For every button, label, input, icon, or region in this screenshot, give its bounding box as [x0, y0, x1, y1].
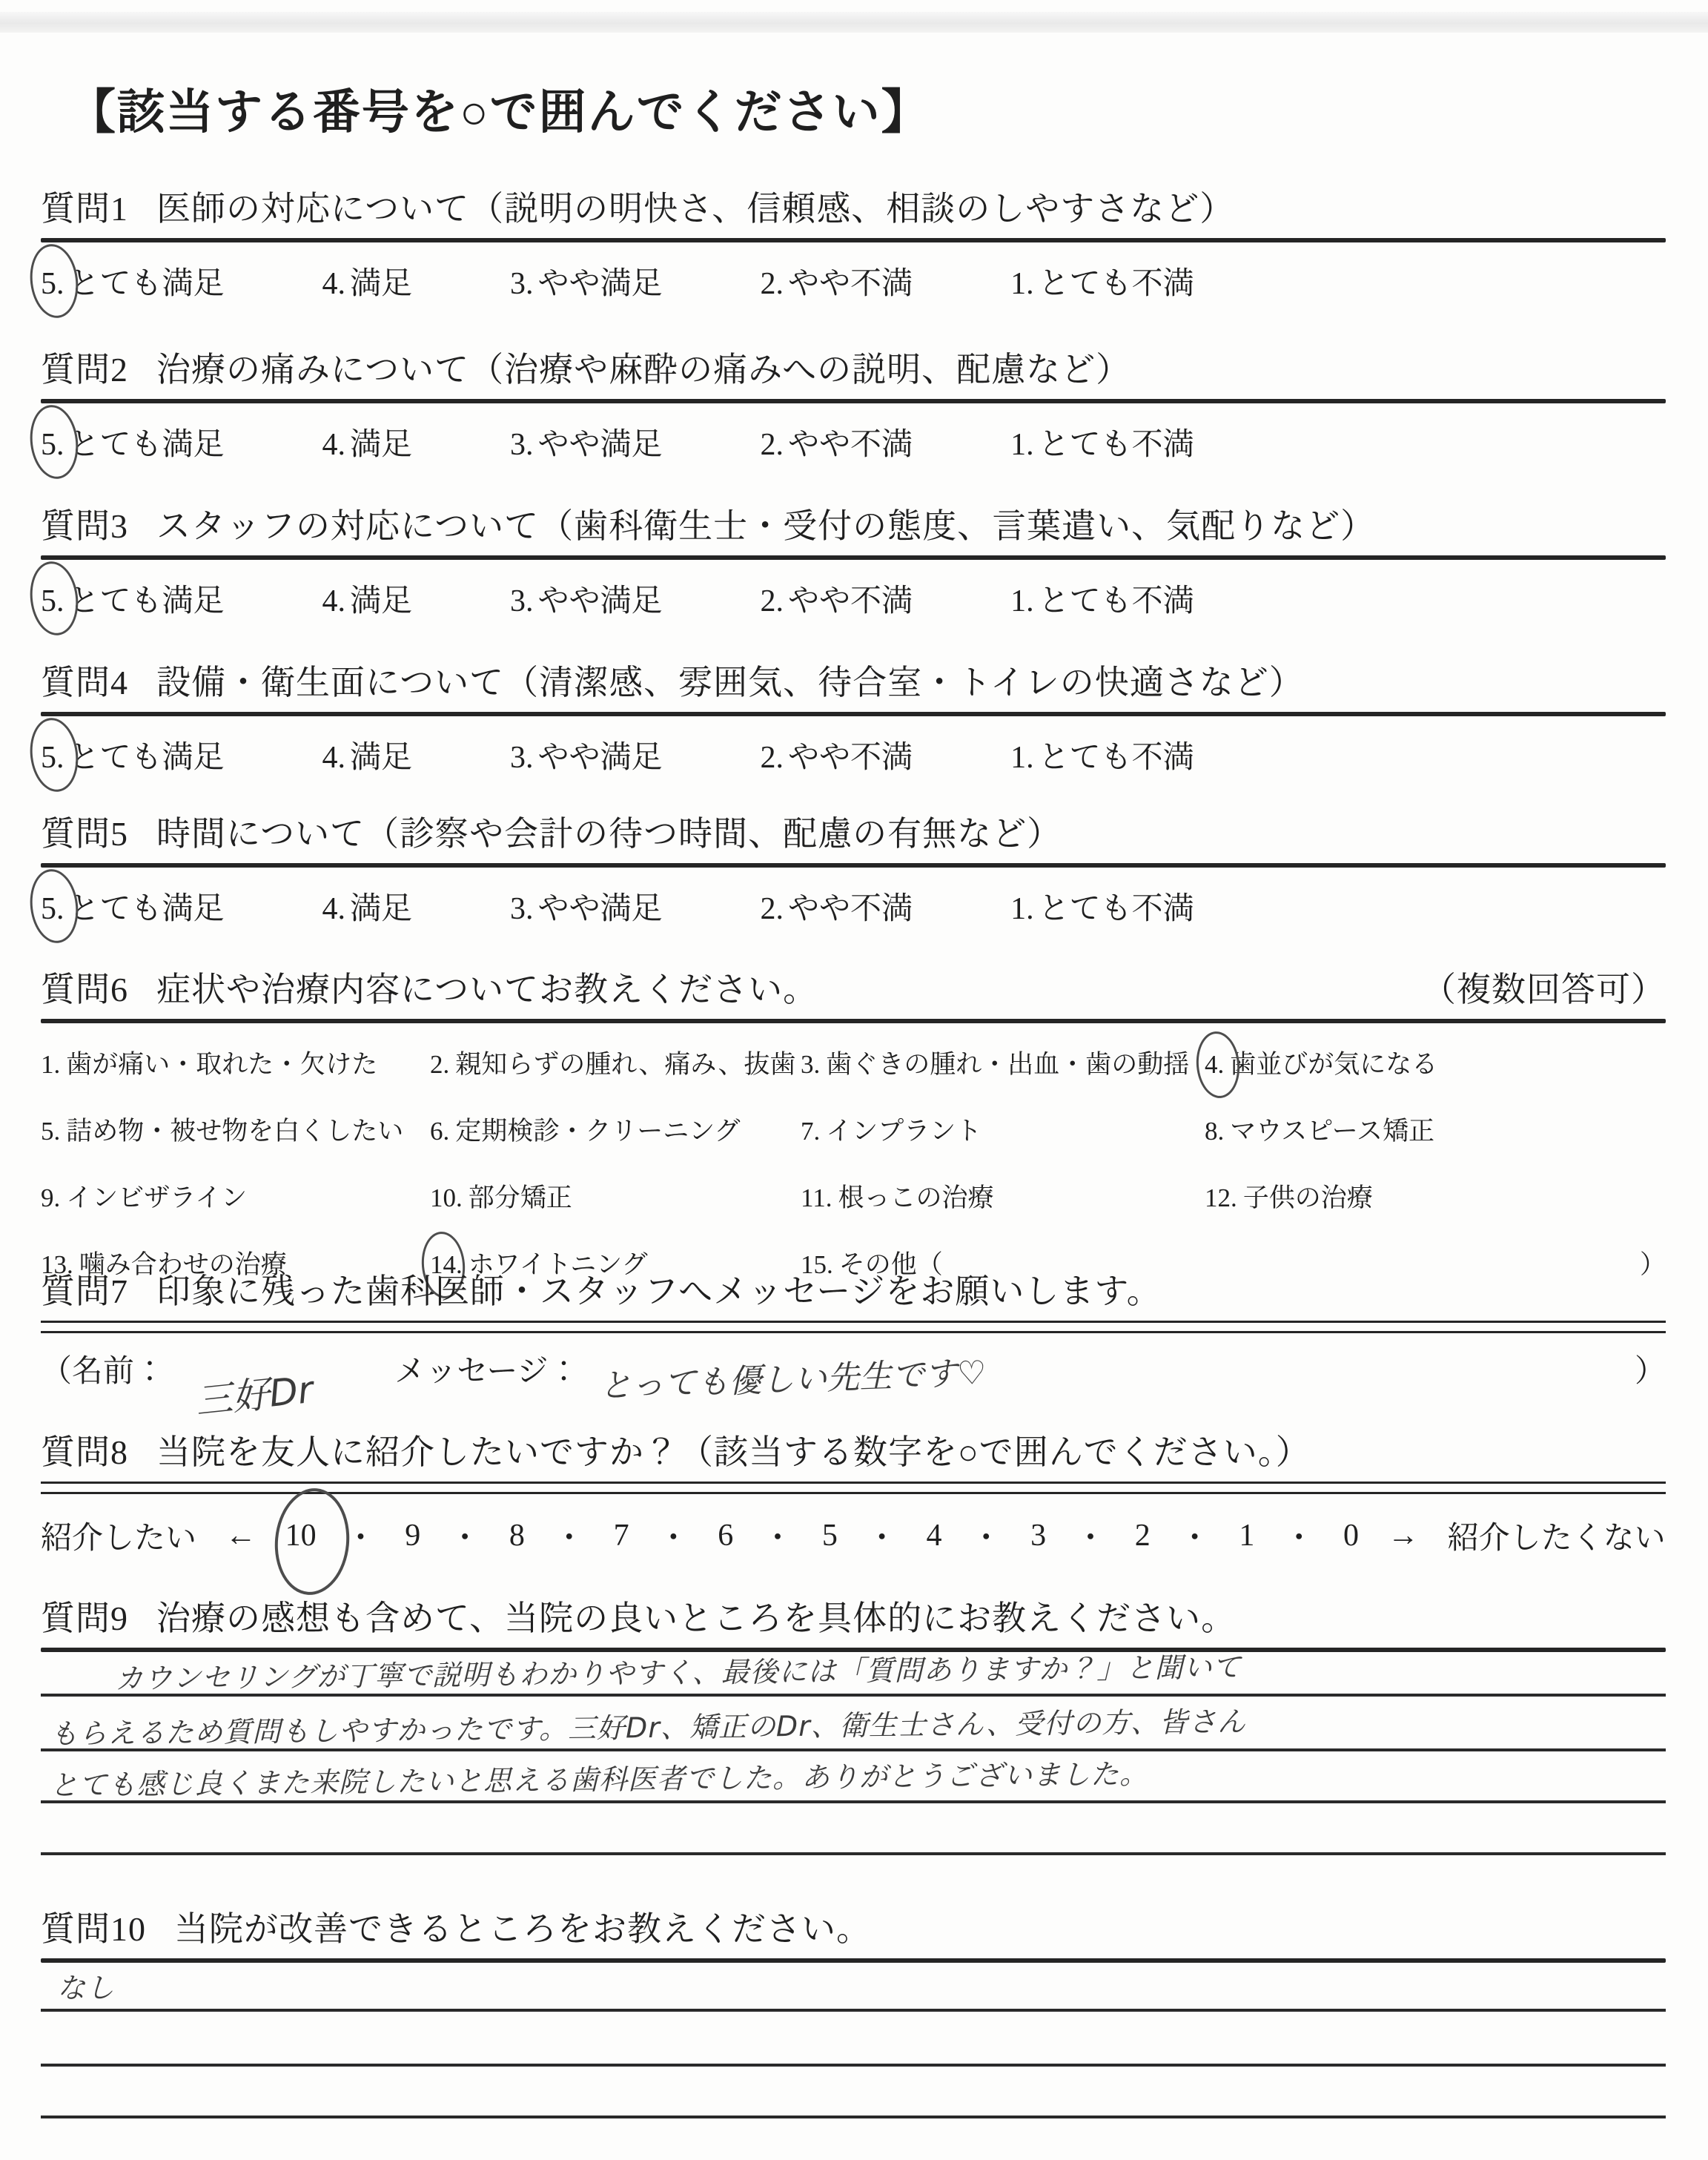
rating-option-3: 3.やや満足 [510, 884, 663, 928]
question-7-text: 印象に残った歯科医師・スタッフへメッセージをお願いします。 [156, 1272, 1162, 1310]
question-4-label: 質問4 [41, 664, 128, 701]
rating-option-2-number: 2. [761, 891, 784, 927]
scale-value-6: 6 [718, 1518, 733, 1553]
rating-option-2-label: やや不満 [788, 892, 913, 926]
section-divider [41, 712, 1666, 716]
rating-option-1: 1.とても不満 [1010, 884, 1194, 928]
rating-options-row: 5.とても満足 4.満足 3.やや満足 2.やや不満 1.とても不満 [41, 420, 1666, 464]
right-arrow-icon: → [1388, 1518, 1419, 1553]
question-6-text: 症状や治療内容についてお教えください。 [156, 971, 818, 1008]
question-5-text: 時間について（診察や会計の待つ時間、配慮の有無など） [156, 815, 1062, 853]
question-5-heading: 質問5時間について（診察や会計の待つ時間、配慮の有無など） [41, 807, 1666, 856]
rating-option-5: 5.とても満足 [41, 884, 225, 928]
scale-dot: ・ [345, 1513, 376, 1558]
question-2-text: 治療の痛みについて（治療や麻酔の痛みへの説明、配慮など） [156, 351, 1131, 389]
answer-line: とても感じ良くまた来院したいと思える歯科医者でした。ありがとうございました。 [41, 1751, 1666, 1803]
symptom-option-5: 5.詰め物・被せ物を白くしたい [41, 1111, 430, 1148]
rating-option-4-number: 4. [322, 266, 346, 302]
rating-option-5: 5.とても満足 [41, 420, 225, 464]
left-arrow-icon: ← [225, 1518, 256, 1553]
rating-option-4-label: 満足 [350, 741, 412, 775]
scale-value-5: 5 [822, 1518, 838, 1553]
rating-option-2-number: 2. [761, 740, 784, 776]
rating-option-5-label: とても満足 [69, 267, 225, 301]
question-9-label: 質問9 [41, 1599, 128, 1637]
rating-option-3: 3.やや満足 [510, 259, 663, 303]
rating-option-2: 2.やや不満 [761, 420, 913, 464]
rating-option-3: 3.やや満足 [510, 420, 663, 464]
rating-option-4-number: 4. [322, 427, 346, 463]
question-4-section: 質問4設備・衛生面について（清潔感、雰囲気、待合室・トイレの快適さなど） 5.と… [41, 655, 1666, 777]
scale-value-3: 3 [1030, 1518, 1046, 1553]
scale-dot: ・ [449, 1513, 480, 1558]
question-3-heading: 質問3スタッフの対応について（歯科衛生士・受付の態度、言葉遣い、気配りなど） [41, 499, 1666, 548]
rating-option-3-label: やや満足 [538, 741, 663, 775]
rating-option-4-label: 満足 [350, 428, 412, 462]
question-8-heading: 質問8当院を友人に紹介したいですか？（該当する数字を○で囲んでください。） [41, 1425, 1666, 1474]
rating-option-1-number: 1. [1010, 740, 1034, 776]
rating-option-3-label: やや満足 [538, 584, 663, 618]
rating-option-1-label: とても不満 [1039, 267, 1194, 301]
rating-option-3: 3.やや満足 [510, 733, 663, 777]
rating-option-2-number: 2. [761, 584, 784, 619]
scan-edge-artifact [0, 12, 1708, 33]
scale-value-4: 4 [926, 1518, 941, 1553]
symptom-options-grid: 1.歯が痛い・取れた・欠けた 2.親知らずの腫れ、痛み、抜歯 3.歯ぐきの腫れ・… [41, 1044, 1666, 1281]
symptom-option-1: 1.歯が痛い・取れた・欠けた [41, 1044, 430, 1081]
rating-option-3-number: 3. [510, 891, 534, 927]
question-7-heading: 質問7印象に残った歯科医師・スタッフへメッセージをお願いします。 [41, 1264, 1666, 1313]
symptom-option-9: 9.インビザライン [41, 1178, 430, 1215]
rating-option-5-label: とても満足 [69, 741, 225, 775]
rating-option-5-number: 5. [41, 584, 64, 619]
scale-dot: ・ [970, 1513, 1002, 1558]
rating-option-5: 5.とても満足 [41, 576, 225, 621]
symptom-option-8: 8.マウスピース矯正 [1205, 1111, 1666, 1148]
scale-value-7: 7 [614, 1518, 629, 1553]
question-10-section: 質問10当院が改善できるところをお教えください。 なし [41, 1902, 1666, 2160]
rating-option-1: 1.とても不満 [1010, 420, 1194, 464]
scale-dot: ・ [554, 1513, 585, 1558]
rating-option-4: 4.満足 [322, 884, 413, 928]
rating-option-1-label: とても不満 [1039, 741, 1194, 775]
question-2-section: 質問2治療の痛みについて（治療や麻酔の痛みへの説明、配慮など） 5.とても満足 … [41, 343, 1666, 464]
rating-option-1-label: とても不満 [1039, 428, 1194, 462]
symptom-option-12: 12.子供の治療 [1205, 1178, 1666, 1215]
question-6-heading: 質問6症状や治療内容についてお教えください。 （複数回答可） [41, 962, 1666, 1011]
rating-options-row: 5.とても満足 4.満足 3.やや満足 2.やや不満 1.とても不満 [41, 576, 1666, 621]
rating-option-5-number: 5. [41, 740, 64, 776]
rating-option-2-label: やや不満 [788, 741, 913, 775]
rating-option-4: 4.満足 [322, 420, 413, 464]
rating-option-2: 2.やや不満 [761, 733, 913, 777]
section-divider [41, 1019, 1666, 1023]
answer-line: なし [41, 1963, 1666, 2012]
message-field-handwritten-value: とっても優しい先生です♡ [598, 1346, 987, 1407]
rating-option-1-label: とても不満 [1039, 892, 1194, 926]
rating-option-5: 5.とても満足 [41, 259, 225, 303]
question-9-heading: 質問9治療の感想も含めて、当院の良いところを具体的にお教えください。 [41, 1591, 1666, 1640]
question-10-heading: 質問10当院が改善できるところをお教えください。 [41, 1902, 1666, 1951]
section-divider [41, 863, 1666, 868]
rating-option-5: 5.とても満足 [41, 733, 225, 777]
rating-option-3: 3.やや満足 [510, 576, 663, 621]
rating-option-2: 2.やや不満 [761, 259, 913, 303]
section-divider [41, 238, 1666, 242]
question-10-label: 質問10 [41, 1910, 146, 1948]
scale-value-1: 1 [1239, 1518, 1254, 1553]
rating-option-5-number: 5. [41, 891, 64, 927]
rating-option-4-label: 満足 [350, 584, 412, 618]
form-title: 【該当する番号を○で囲んでください】 [68, 74, 930, 142]
question-1-heading: 質問1医師の対応について（説明の明快さ、信頼感、相談のしやすさなど） [41, 182, 1666, 231]
scale-value-2: 2 [1135, 1518, 1151, 1553]
rating-option-4-label: 満足 [350, 892, 412, 926]
scale-value-8: 8 [509, 1518, 525, 1553]
question-6-label: 質問6 [41, 971, 128, 1008]
question-9-text: 治療の感想も含めて、当院の良いところを具体的にお教えください。 [156, 1599, 1236, 1637]
rating-option-4-number: 4. [322, 584, 346, 619]
rating-option-2: 2.やや不満 [761, 576, 913, 621]
rating-option-3-number: 3. [510, 740, 534, 776]
answer-line-blank [41, 1803, 1666, 1855]
rating-option-3-number: 3. [510, 266, 534, 302]
rating-option-5-label: とても満足 [69, 428, 225, 462]
symptom-option-3: 3.歯ぐきの腫れ・出血・歯の動揺 [801, 1044, 1205, 1081]
scale-dot: ・ [762, 1513, 793, 1558]
handwritten-answer-line-3: とても感じ良くまた来院したいと思える歯科医者でした。ありがとうございました。 [50, 1751, 1149, 1803]
rating-option-3-number: 3. [510, 427, 534, 463]
question-1-label: 質問1 [41, 190, 128, 228]
rating-options-row: 5.とても満足 4.満足 3.やや満足 2.やや不満 1.とても不満 [41, 884, 1666, 928]
scale-value-0: 0 [1343, 1518, 1359, 1553]
rating-options-row: 5.とても満足 4.満足 3.やや満足 2.やや不満 1.とても不満 [41, 259, 1666, 303]
question-7-label: 質問7 [41, 1272, 128, 1310]
rating-option-3-label: やや満足 [538, 428, 663, 462]
scale-right-label: 紹介したくない [1448, 1513, 1666, 1558]
symptom-option-11: 11.根っこの治療 [801, 1178, 1205, 1215]
rating-option-2-label: やや不満 [788, 267, 913, 301]
question-2-heading: 質問2治療の痛みについて（治療や麻酔の痛みへの説明、配慮など） [41, 343, 1666, 392]
answer-line: もらえるため質問もしやすかったです。三好Dr、矯正のDr、衛生士さん、受付の方、… [41, 1697, 1666, 1751]
answer-line-blank [41, 2012, 1666, 2067]
question-8-label: 質問8 [41, 1433, 128, 1471]
rating-option-1-label: とても不満 [1039, 584, 1194, 618]
rating-option-5-number: 5. [41, 266, 64, 302]
scale-value-10: 10 [285, 1518, 317, 1553]
question-1-text: 医師の対応について（説明の明快さ、信頼感、相談のしやすさなど） [156, 190, 1234, 228]
question-5-label: 質問5 [41, 815, 128, 853]
rating-option-2: 2.やや不満 [761, 884, 913, 928]
scale-dot: ・ [658, 1513, 689, 1558]
scale-dot: ・ [1075, 1513, 1106, 1558]
question-8-text: 当院を友人に紹介したいですか？（該当する数字を○で囲んでください。） [156, 1433, 1311, 1471]
rating-option-4-number: 4. [322, 891, 346, 927]
name-field-prefix: （名前： [41, 1347, 165, 1391]
rating-option-1-number: 1. [1010, 584, 1034, 619]
rating-option-4: 4.満足 [322, 259, 413, 303]
rating-option-2-label: やや不満 [788, 428, 913, 462]
scale-left-label: 紹介したい [41, 1513, 196, 1558]
question-4-text: 設備・衛生面について（清潔感、雰囲気、待合室・トイレの快適さなど） [156, 664, 1304, 701]
rating-option-1: 1.とても不満 [1010, 259, 1194, 303]
scale-dot: ・ [867, 1513, 898, 1558]
question-4-heading: 質問4設備・衛生面について（清潔感、雰囲気、待合室・トイレの快適さなど） [41, 655, 1666, 704]
rating-option-5-label: とても満足 [69, 892, 225, 926]
question-7-section: 質問7印象に残った歯科医師・スタッフへメッセージをお願いします。 （名前： 三好… [41, 1264, 1666, 1419]
answer-line-blank [41, 2067, 1666, 2118]
rating-option-3-number: 3. [510, 584, 534, 619]
scale-dot: ・ [1179, 1513, 1211, 1558]
rating-option-4: 4.満足 [322, 733, 413, 777]
question-3-label: 質問3 [41, 507, 128, 545]
question-7-answer-row: （名前： 三好Dr メッセージ： とっても優しい先生です♡ ） [41, 1347, 1666, 1419]
section-divider [41, 1321, 1666, 1333]
rating-option-3-label: やや満足 [538, 267, 663, 301]
question-3-section: 質問3スタッフの対応について（歯科衛生士・受付の態度、言葉遣い、気配りなど） 5… [41, 499, 1666, 621]
section-divider [41, 555, 1666, 560]
question-9-section: 質問9治療の感想も含めて、当院の良いところを具体的にお教えください。 カウンセリ… [41, 1591, 1666, 1855]
rating-option-1-number: 1. [1010, 427, 1034, 463]
handwritten-answer-line-2: もらえるため質問もしやすかったです。三好Dr、矯正のDr、衛生士さん、受付の方、… [50, 1699, 1247, 1752]
rating-options-row: 5.とても満足 4.満足 3.やや満足 2.やや不満 1.とても不満 [41, 733, 1666, 777]
rating-option-4: 4.満足 [322, 576, 413, 621]
symptom-option-10: 10.部分矯正 [430, 1178, 801, 1215]
nps-scale-row: 紹介したい ← 10 ・ 9 ・ 8 ・ 7 ・ 6 ・ 5 ・ 4 ・ 3 ・… [41, 1513, 1666, 1558]
symptom-option-6: 6.定期検診・クリーニング [430, 1111, 801, 1148]
symptom-option-4: 4.歯並びが気になる [1205, 1044, 1666, 1081]
symptom-option-7: 7.インプラント [801, 1111, 1205, 1148]
handwritten-answer-line-1: カウンセリングが丁寧で説明もわかりやすく、最後には「質問ありますか？」と聞いて [115, 1644, 1242, 1697]
symptom-option-2: 2.親知らずの腫れ、痛み、抜歯 [430, 1044, 801, 1081]
handwritten-answer-nashi: なし [57, 1965, 116, 2007]
rating-option-4-label: 満足 [350, 267, 412, 301]
rating-option-2-number: 2. [761, 427, 784, 463]
rating-option-2-label: やや不満 [788, 584, 913, 618]
rating-option-1: 1.とても不満 [1010, 576, 1194, 621]
message-field-label: メッセージ： [394, 1347, 579, 1391]
question-2-label: 質問2 [41, 351, 128, 389]
rating-option-5-label: とても満足 [69, 584, 225, 618]
question-6-note: （複数回答可） [1422, 962, 1666, 1011]
name-field-close-paren: ） [1635, 1347, 1666, 1391]
name-field-handwritten-value: 三好Dr [193, 1360, 316, 1425]
question-8-section: 質問8当院を友人に紹介したいですか？（該当する数字を○で囲んでください。） 紹介… [41, 1425, 1666, 1558]
answer-line: カウンセリングが丁寧で説明もわかりやすく、最後には「質問ありますか？」と聞いて [41, 1652, 1666, 1697]
scale-value-9: 9 [405, 1518, 420, 1553]
rating-option-2-number: 2. [761, 266, 784, 302]
question-10-text: 当院が改善できるところをお教えください。 [174, 1910, 871, 1948]
rating-option-1-number: 1. [1010, 891, 1034, 927]
rating-option-1-number: 1. [1010, 266, 1034, 302]
rating-option-3-label: やや満足 [538, 892, 663, 926]
survey-scan-page: 【該当する番号を○で囲んでください】 質問1医師の対応について（説明の明快さ、信… [0, 0, 1708, 2160]
question-6-section: 質問6症状や治療内容についてお教えください。 （複数回答可） 1.歯が痛い・取れ… [41, 962, 1666, 1281]
rating-option-4-number: 4. [322, 740, 346, 776]
question-5-section: 質問5時間について（診察や会計の待つ時間、配慮の有無など） 5.とても満足 4.… [41, 807, 1666, 928]
rating-option-1: 1.とても不満 [1010, 733, 1194, 777]
question-3-text: スタッフの対応について（歯科衛生士・受付の態度、言葉遣い、気配りなど） [156, 507, 1375, 545]
answer-line-blank [41, 2118, 1666, 2160]
scale-dot: ・ [1283, 1513, 1314, 1558]
section-divider [41, 1482, 1666, 1494]
question-1-section: 質問1医師の対応について（説明の明快さ、信頼感、相談のしやすさなど） 5.とても… [41, 182, 1666, 303]
rating-option-5-number: 5. [41, 427, 64, 463]
section-divider [41, 399, 1666, 403]
